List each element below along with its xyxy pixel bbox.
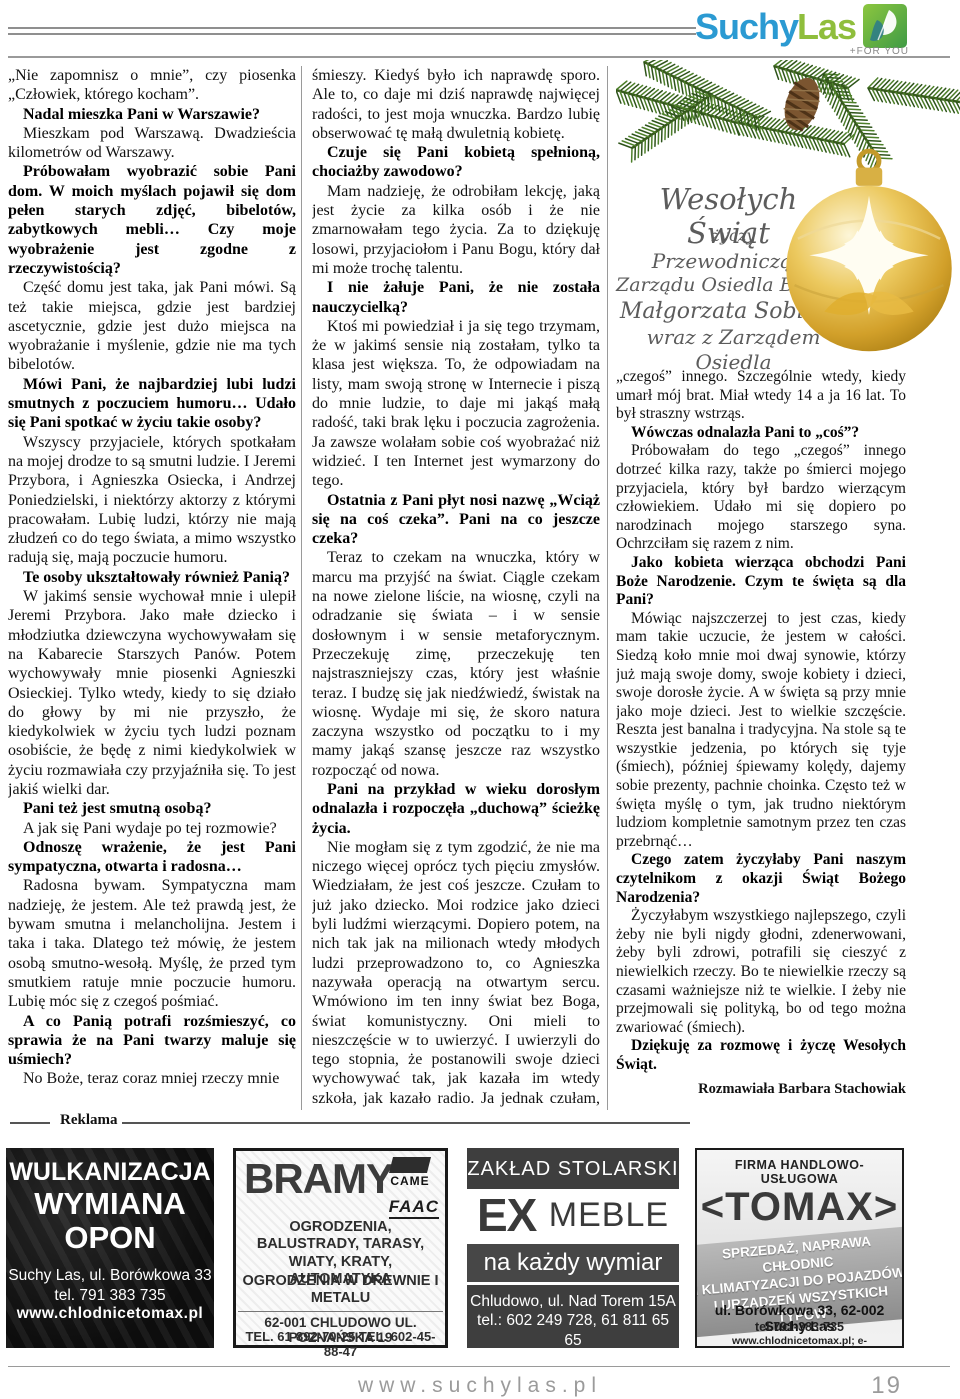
interview-answer: „Nie zapomnisz o mnie”, czy piosenka „Cz…	[8, 66, 296, 105]
page-number: 19	[871, 1372, 902, 1399]
interview-answer: Mówiąc najszczerzej to jest czas, kiedy …	[616, 610, 906, 852]
logo-word-suchy: Suchy	[695, 6, 798, 48]
interview-question: Pani na przykład w wieku dorosłym odnala…	[312, 780, 600, 838]
interview-question: Ostatnia z Pani płyt nosi nazwę „Wciąż s…	[312, 491, 600, 549]
header-rule-top	[8, 27, 696, 29]
interview-answer: śmieszy. Kiedyś było ich naprawdę sporo.…	[312, 66, 600, 143]
faac-logo: FAAC	[389, 1197, 439, 1219]
column-divider-1	[301, 66, 302, 1110]
suchylas-logo: Suchy Las +FOR YOU	[695, 2, 925, 56]
interview-question: Wówczas odnalazła Pani to „coś”?	[616, 424, 906, 443]
interview-question: Nadal mieszka Pani w Warszawie?	[8, 105, 296, 124]
interview-answer: Część domu jest taka, jak Pani mówi. Są …	[8, 278, 296, 374]
interview-answer: Nie mogłam się z tym zgodzić, że nie ma …	[312, 838, 600, 1110]
interview-answer: Próbowałam do tego „czegoś” innego dotrz…	[616, 442, 906, 554]
ad-wulkanizacja-address: Suchy Las, ul. Borówkowa 33 tel. 791 383…	[6, 1266, 214, 1305]
interview-question: I nie żałuje Pani, że nie została nauczy…	[312, 278, 600, 317]
interview-question: Próbowałam wyobrazić sobie Pani dom. W m…	[8, 162, 296, 278]
interview-answer: Radosna bywam. Sympatyczna mam nadzieję,…	[8, 876, 296, 1011]
interview-answer: „czegoś” innego. Szczególnie wtedy, kied…	[616, 368, 906, 424]
ad-bramy-services2: OGRODZENIA W DREWNIE I METALU	[240, 1273, 441, 1308]
ad-website: www.chlodnicetomax.pl; e-mail:serwis@chl…	[697, 1335, 902, 1348]
ad-wulkanizacja-line3: OPON	[6, 1221, 214, 1256]
ad-address-line: Chludowo, ul. Nad Torem 15A	[467, 1292, 679, 1311]
footer-rule	[8, 1366, 950, 1367]
interview-answer: Mam nadzieję, że odrobiłam lekcję, jaką …	[312, 182, 600, 278]
ad-wulkanizacja-line2: WYMIANA	[6, 1187, 214, 1222]
ad-exmeble-brand-meble: MEBLE	[549, 1196, 669, 1234]
christmas-bauble-image	[778, 146, 960, 358]
interview-question: Pani też jest smutną osobą?	[8, 799, 296, 818]
ad-phone-line: TEL. 61-892-70-25 TEL. 602-45-88-47	[238, 1329, 443, 1359]
interview-answer: Mieszkam pod Warszawą. Dwadzieścia kilom…	[8, 124, 296, 163]
came-flag-icon	[389, 1157, 431, 1173]
ad-address-line: Suchy Las, ul. Borówkowa 33	[6, 1266, 214, 1285]
reklama-divider: Reklama	[0, 1112, 960, 1134]
ad-tomax: FIRMA HANDLOWO-USŁUGOWA <TOMAX> SPRZEDAŻ…	[695, 1148, 904, 1348]
logo-word-las: Las	[797, 6, 856, 48]
interview-answer: Życzyłabym wszystkiego najlepszego, czyl…	[616, 907, 906, 1037]
ad-wulkanizacja-title: WULKANIZACJA	[6, 1158, 214, 1187]
ad-website: www.chlodnicetomax.pl	[6, 1305, 214, 1323]
interview-answer: Ktoś mi powiedział i ja się tego trzymam…	[312, 317, 600, 491]
reklama-label: Reklama	[60, 1112, 118, 1129]
article-column-3: „czegoś” innego. Szczególnie wtedy, kied…	[616, 368, 906, 1110]
interview-answer: Teraz to czekam na wnuczka, który w marc…	[312, 548, 600, 780]
ad-exmeble-tagline: na każdy wymiar	[467, 1241, 679, 1285]
newspaper-page: Suchy Las +FOR YOU „Nie zapomnisz o mnie…	[0, 0, 960, 1399]
interview-question: A co Panią potrafi rozśmieszyć, co spraw…	[8, 1012, 296, 1070]
interview-answer: W jakimś sensie wychował mnie i ulepił J…	[8, 587, 296, 799]
came-logo: CAME	[383, 1157, 437, 1188]
ad-exmeble-brand-ex: EX	[477, 1189, 536, 1241]
article-byline: Rozmawiała Barbara Stachowiak	[616, 1080, 906, 1099]
ad-ex-meble: ZAKŁAD STOLARSKI EX MEBLE na każdy wymia…	[467, 1148, 679, 1348]
reklama-rule-left	[10, 1122, 50, 1124]
came-logo-text: CAME	[383, 1174, 437, 1188]
ad-wulkanizacja: WULKANIZACJA WYMIANA OPON Suchy Las, ul.…	[6, 1148, 214, 1348]
interview-question: Czego zatem życzyłaby Pani naszym czytel…	[616, 851, 906, 907]
interview-answer: No Boże, teraz coraz mniej rzeczy mnie	[8, 1069, 296, 1088]
interview-question: Te osoby ukształtowały również Panią?	[8, 568, 296, 587]
ad-phone-line: tel. 791 383 735	[6, 1286, 214, 1305]
holiday-greeting-card: Wesołych Świąt życzy Przewodnicząca Zarz…	[616, 60, 960, 366]
article-column-1: „Nie zapomnisz o mnie”, czy piosenka „Cz…	[8, 66, 296, 1110]
ad-tomax-brand: <TOMAX>	[697, 1186, 902, 1228]
ad-tomax-header: FIRMA HANDLOWO-USŁUGOWA	[697, 1158, 902, 1186]
ad-bramy-title: BRAMY	[244, 1155, 393, 1203]
ad-phone-line: tel.791-383-735	[697, 1320, 902, 1334]
interview-question: Mówi Pani, że najbardziej lubi ludzi smu…	[8, 375, 296, 433]
header-rule-bottom	[8, 56, 950, 58]
interview-question: Czuje się Pani kobietą spełnioną, chocia…	[312, 143, 600, 182]
column-divider-2	[607, 66, 608, 1110]
interview-question: Odnoszę wrażenie, że jest Pani sympatycz…	[8, 838, 296, 877]
ad-phone-line: tel.: 602 249 728, 61 811 65 65	[467, 1311, 679, 1350]
logo-tagline: +FOR YOU	[845, 46, 909, 57]
logo-leaf-icon	[863, 4, 907, 48]
interview-question: Dziękuję za rozmowę i życzę Wesołych Świ…	[616, 1037, 906, 1074]
ad-exmeble-header: ZAKŁAD STOLARSKI	[467, 1148, 679, 1189]
footer-website: www.suchylas.pl	[0, 1374, 960, 1398]
ad-bramy: BRAMY CAME FAAC OGRODZENIA, BALUSTRADY, …	[233, 1148, 448, 1348]
article-column-2: śmieszy. Kiedyś było ich naprawdę sporo.…	[312, 66, 600, 1110]
header-rule-top2	[8, 33, 696, 35]
interview-answer: A jak się Pani wydaje po tej rozmowie?	[8, 819, 296, 838]
interview-answer: Wszyscy przyjaciele, których spotkałam n…	[8, 433, 296, 568]
ad-exmeble-brand: EX MEBLE	[467, 1189, 679, 1241]
interview-question: Jako kobieta wierząca obchodzi Pani Boże…	[616, 554, 906, 610]
reklama-rule-right	[122, 1122, 690, 1124]
